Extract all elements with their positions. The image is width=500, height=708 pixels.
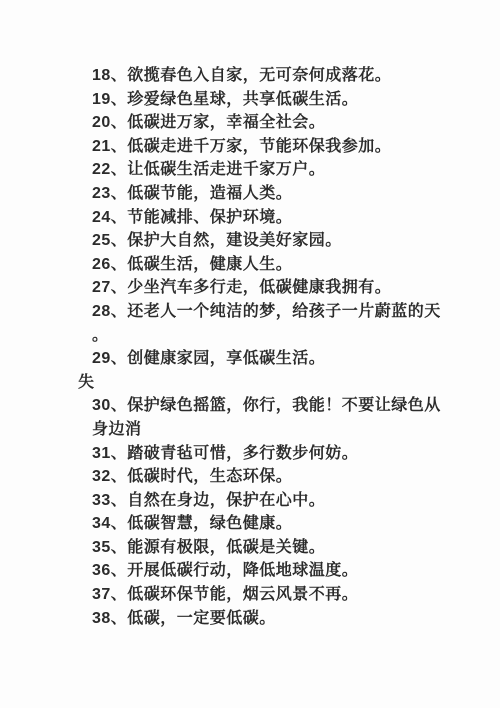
document-line: 28、还老人一个纯洁的梦，给孩子一片蔚蓝的天 bbox=[0, 300, 500, 324]
document-line: 36、开展低碳行动，降低地球温度。 bbox=[0, 559, 500, 583]
document-line: 38、低碳，一定要低碳。 bbox=[0, 607, 500, 631]
document-line: 22、让低碳生活走进千家万户。 bbox=[0, 158, 500, 182]
document-line: 33、自然在身边，保护在心中。 bbox=[0, 489, 500, 513]
document-line: 37、低碳环保节能，烟云风景不再。 bbox=[0, 583, 500, 607]
document-line: 身边消 bbox=[0, 418, 500, 442]
document-body: 18、欲揽春色入自家，无可奈何成落花。19、珍爱绿色星球，共享低碳生活。20、低… bbox=[0, 64, 500, 630]
document-line: 18、欲揽春色入自家，无可奈何成落花。 bbox=[0, 64, 500, 88]
document-line: 24、节能减排、保护环境。 bbox=[0, 206, 500, 230]
document-line: 27、少坐汽车多行走，低碳健康我拥有。 bbox=[0, 276, 500, 300]
document-line: 26、低碳生活，健康人生。 bbox=[0, 253, 500, 277]
document-page: 18、欲揽春色入自家，无可奈何成落花。19、珍爱绿色星球，共享低碳生活。20、低… bbox=[0, 0, 500, 708]
document-line: 。 bbox=[0, 324, 500, 348]
document-line: 32、低碳时代，生态环保。 bbox=[0, 465, 500, 489]
document-line: 30、保护绿色摇篮，你行，我能！不要让绿色从 bbox=[0, 394, 500, 418]
document-line: 19、珍爱绿色星球，共享低碳生活。 bbox=[0, 88, 500, 112]
document-line: 34、低碳智慧，绿色健康。 bbox=[0, 512, 500, 536]
document-line: 25、保护大自然，建设美好家园。 bbox=[0, 229, 500, 253]
document-line: 23、低碳节能，造福人类。 bbox=[0, 182, 500, 206]
document-line: 21、低碳走进千万家，节能环保我参加。 bbox=[0, 135, 500, 159]
document-line: 20、低碳进万家，幸福全社会。 bbox=[0, 111, 500, 135]
document-line: 29、创健康家园，享低碳生活。 bbox=[0, 347, 500, 371]
document-line: 35、能源有极限，低碳是关键。 bbox=[0, 536, 500, 560]
document-line: 31、踏破青毡可惜，多行数步何妨。 bbox=[0, 442, 500, 466]
document-line: 失 bbox=[0, 371, 500, 395]
